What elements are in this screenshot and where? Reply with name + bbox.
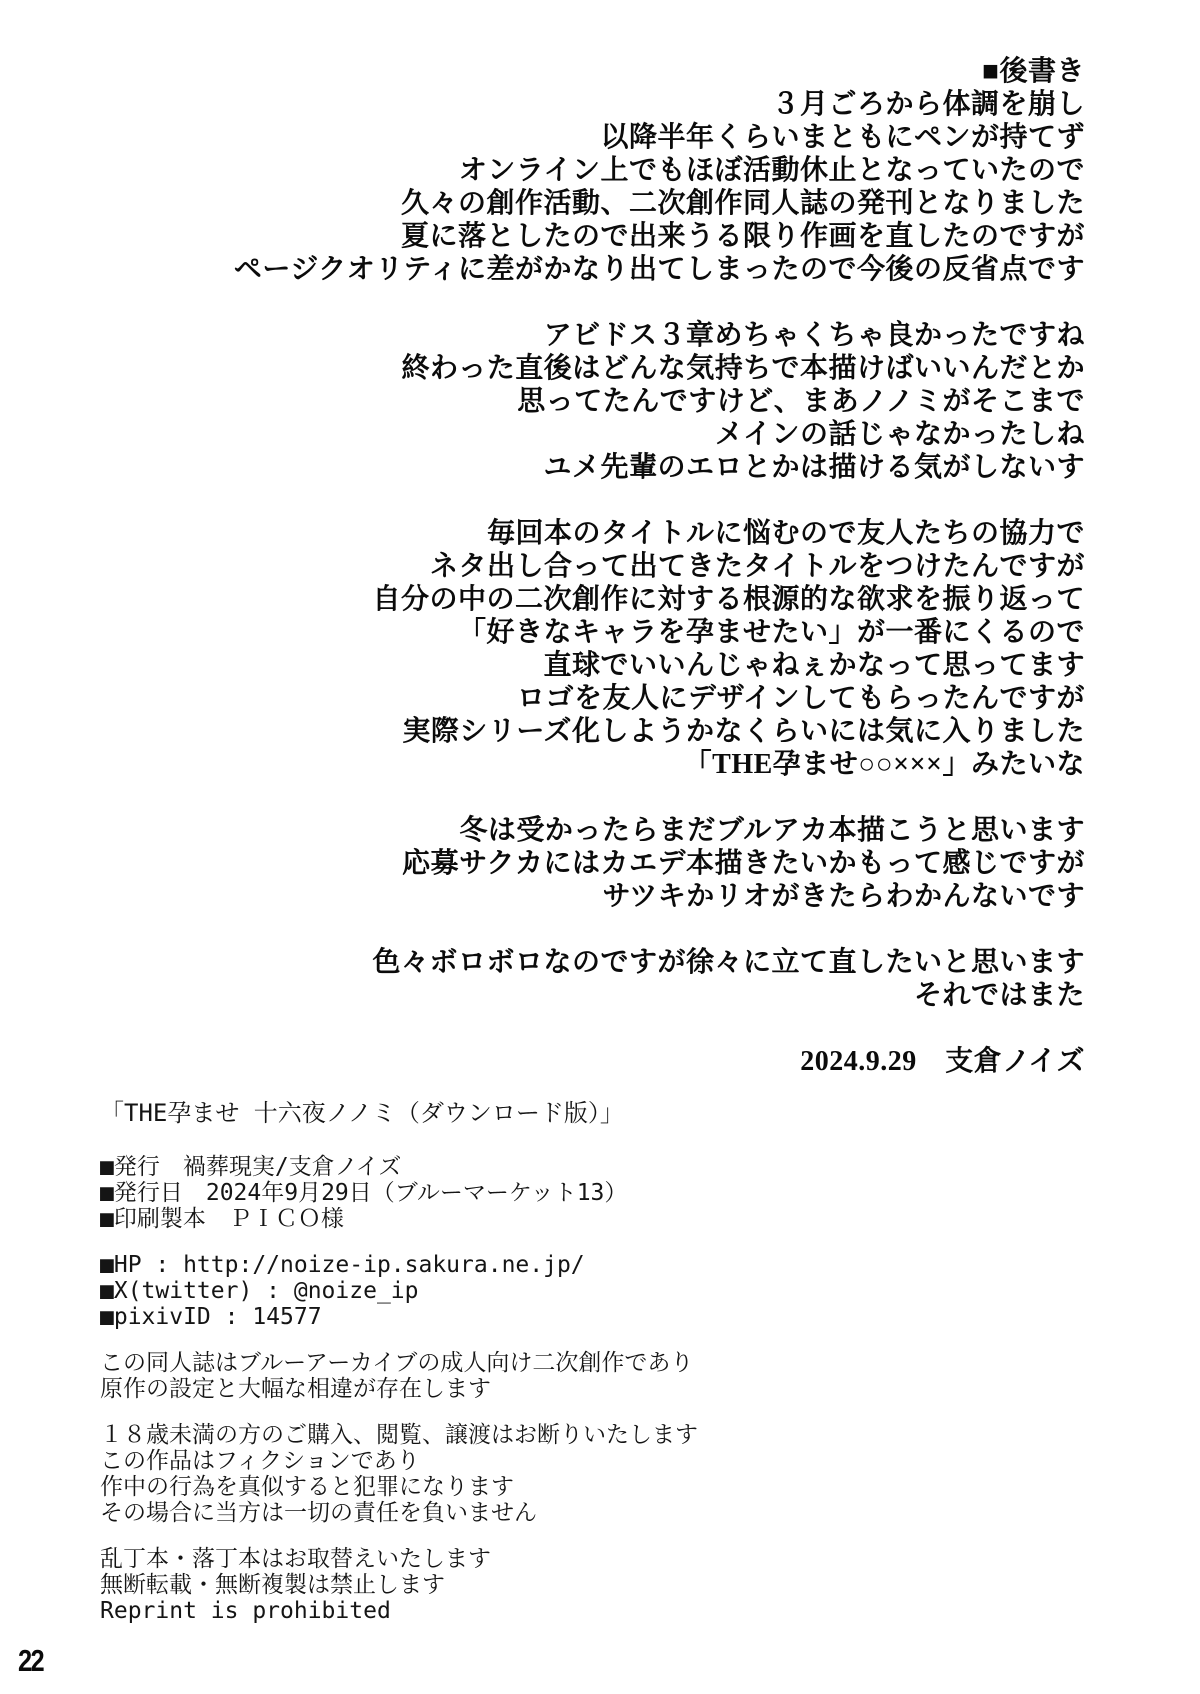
afterword-line: それではまた bbox=[234, 979, 1085, 1012]
afterword-line: ロゴを友人にデザインしてもらったんですが bbox=[234, 682, 1085, 715]
page-number: 22 bbox=[18, 1643, 43, 1679]
afterword-line: アビドス３章めちゃくちゃ良かったですね bbox=[234, 319, 1085, 352]
colophon-line: ■印刷製本 ＰＩＣＯ様 bbox=[100, 1206, 698, 1232]
book-title: 「THE孕ませ 十六夜ノノミ（ダウンロード版）」 bbox=[100, 1100, 698, 1126]
afterword-paragraph-5: 色々ボロボロなのですが徐々に立て直したいと思います それではまた bbox=[234, 946, 1085, 1012]
colophon-line: 作中の行為を真似すると犯罪になります bbox=[100, 1474, 698, 1500]
afterword-line: 直球でいいんじゃねぇかなって思ってます bbox=[234, 649, 1085, 682]
colophon-line: ■HP : http://noize-ip.sakura.ne.jp/ bbox=[100, 1252, 698, 1278]
colophon-age-notice: １８歳未満の方のご購入、閲覧、譲渡はお断りいたします この作品はフィクションであ… bbox=[100, 1422, 698, 1526]
colophon-publication-group: ■発行 禍葬現実/支倉ノイズ ■発行日 2024年9月29日（ブルーマーケット1… bbox=[100, 1154, 698, 1232]
colophon-line: その場合に当方は一切の責任を負いません bbox=[100, 1500, 698, 1526]
afterword-line: 久々の創作活動、二次創作同人誌の発刊となりました bbox=[234, 187, 1085, 220]
afterword-section: ■後書き ３月ごろから体調を崩し 以降半年くらいまともにペンが持てず オンライン… bbox=[234, 55, 1085, 1078]
afterword-line: 実際シリーズ化しようかなくらいには気に入りました bbox=[234, 715, 1085, 748]
colophon-line: この同人誌はブルーアーカイブの成人向け二次創作であり bbox=[100, 1350, 698, 1376]
afterword-line: 色々ボロボロなのですが徐々に立て直したいと思います bbox=[234, 946, 1085, 979]
afterword-paragraph-2: アビドス３章めちゃくちゃ良かったですね 終わった直後はどんな気持ちで本描けばいい… bbox=[234, 319, 1085, 484]
colophon-derivative-notice: この同人誌はブルーアーカイブの成人向け二次創作であり 原作の設定と大幅な相違が存… bbox=[100, 1350, 698, 1402]
colophon-line: ■発行日 2024年9月29日（ブルーマーケット13） bbox=[100, 1180, 698, 1206]
afterword-line: 夏に落としたので出来うる限り作画を直したのですが bbox=[234, 220, 1085, 253]
afterword-line: オンライン上でもほぼ活動休止となっていたので bbox=[234, 154, 1085, 187]
afterword-line: 「THE孕ませ○○×××」みたいな bbox=[234, 748, 1085, 781]
afterword-paragraph-3: 毎回本のタイトルに悩むので友人たちの協力で ネタ出し合って出てきたタイトルをつけ… bbox=[234, 517, 1085, 781]
colophon-line: ■発行 禍葬現実/支倉ノイズ bbox=[100, 1154, 698, 1180]
colophon-line: １８歳未満の方のご購入、閲覧、譲渡はお断りいたします bbox=[100, 1422, 698, 1448]
afterword-paragraph-1: ３月ごろから体調を崩し 以降半年くらいまともにペンが持てず オンライン上でもほぼ… bbox=[234, 88, 1085, 286]
afterword-paragraph-4: 冬は受かったらまだブルアカ本描こうと思います 応募サクカにはカエデ本描きたいかも… bbox=[234, 814, 1085, 913]
afterword-line: ネタ出し合って出てきたタイトルをつけたんですが bbox=[234, 550, 1085, 583]
afterword-line: 終わった直後はどんな気持ちで本描けばいいんだとか bbox=[234, 352, 1085, 385]
afterword-line: 冬は受かったらまだブルアカ本描こうと思います bbox=[234, 814, 1085, 847]
colophon-line: 乱丁本・落丁本はお取替えいたします bbox=[100, 1546, 698, 1572]
afterword-line: 応募サクカにはカエデ本描きたいかもって感じですが bbox=[234, 847, 1085, 880]
afterword-line: サツキかリオがきたらわかんないです bbox=[234, 880, 1085, 913]
afterword-line: ページクオリティに差がかなり出てしまったので今後の反省点です bbox=[234, 253, 1085, 286]
afterword-line: 「好きなキャラを孕ませたい」が一番にくるので bbox=[234, 616, 1085, 649]
afterword-line: 思ってたんですけど、まあノノミがそこまで bbox=[234, 385, 1085, 418]
colophon-line: ■pixivID : 14577 bbox=[100, 1304, 698, 1330]
colophon-line: この作品はフィクションであり bbox=[100, 1448, 698, 1474]
afterword-line: 毎回本のタイトルに悩むので友人たちの協力で bbox=[234, 517, 1085, 550]
colophon-line: Reprint is prohibited bbox=[100, 1598, 698, 1624]
afterword-line: ３月ごろから体調を崩し bbox=[234, 88, 1085, 121]
colophon-contact-group: ■HP : http://noize-ip.sakura.ne.jp/ ■X(t… bbox=[100, 1252, 698, 1330]
colophon-line: ■X(twitter) : @noize_ip bbox=[100, 1278, 698, 1304]
afterword-line: 以降半年くらいまともにペンが持てず bbox=[234, 121, 1085, 154]
colophon-line: 無断転載・無断複製は禁止します bbox=[100, 1572, 698, 1598]
colophon-line: 原作の設定と大幅な相違が存在します bbox=[100, 1376, 698, 1402]
colophon-section: 「THE孕ませ 十六夜ノノミ（ダウンロード版）」 ■発行 禍葬現実/支倉ノイズ … bbox=[100, 1100, 698, 1624]
colophon-reprint-notice: 乱丁本・落丁本はお取替えいたします 無断転載・無断複製は禁止します Reprin… bbox=[100, 1546, 698, 1624]
afterword-signoff: 2024.9.29 支倉ノイズ bbox=[234, 1045, 1085, 1078]
afterword-line: メインの話じゃなかったしね bbox=[234, 418, 1085, 451]
afterword-line: 自分の中の二次創作に対する根源的な欲求を振り返って bbox=[234, 583, 1085, 616]
afterword-line: ユメ先輩のエロとかは描ける気がしないす bbox=[234, 451, 1085, 484]
afterword-heading: ■後書き bbox=[234, 55, 1085, 88]
